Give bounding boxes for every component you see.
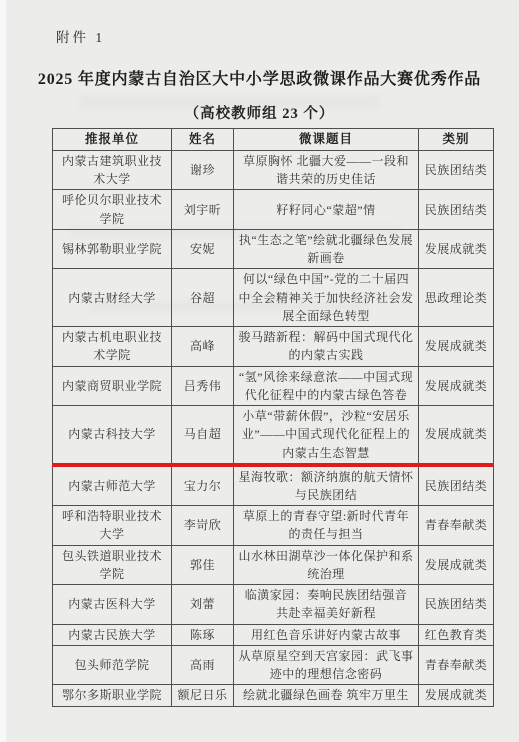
- cell-name: 李岢欣: [172, 506, 234, 545]
- cell-unit: 内蒙商贸职业学院: [53, 366, 172, 405]
- cell-category: 发展成就类: [419, 327, 494, 366]
- cell-unit: 内蒙古机电职业技术学院: [53, 327, 172, 366]
- cell-title: 执“生态之笔”绘就北疆绿色发展新画卷: [234, 229, 419, 268]
- cell-name: 马自超: [172, 406, 234, 465]
- cell-name: 吕秀伟: [172, 366, 234, 405]
- table-row: 内蒙古财经大学谷超何以“绿色中国”-党的二十届四中全会精神关于加快经济社会发展全…: [53, 269, 494, 327]
- table-row: 包头师范学院高雨从草原星空到天宫家园：武飞事迹中的理想信念密码青春奉献类: [53, 645, 494, 684]
- cell-unit: 内蒙古师范大学: [53, 465, 172, 506]
- cell-category: 民族团结类: [419, 190, 494, 229]
- cell-category: 发展成就类: [419, 545, 494, 584]
- cell-unit: 内蒙古财经大学: [53, 269, 172, 327]
- table-body: 内蒙古建筑职业技术大学谢珍草原胸怀 北疆大爱——一段和谐共荣的历史佳话民族团结类…: [53, 151, 494, 707]
- table-row: 内蒙古师范大学宝力尔星海牧歌：额济纳旗的航天情怀与民族团结民族团结类: [53, 465, 494, 506]
- cell-unit: 锡林郭勒职业学院: [53, 229, 172, 268]
- cell-title: 临潢家园：奏响民族团结强音 共赴幸福美好新程: [234, 585, 419, 624]
- cell-name: 高雨: [172, 645, 234, 684]
- table-header: 推报单位 姓名 微课题目 类别: [53, 129, 494, 151]
- cell-title: 星海牧歌：额济纳旗的航天情怀与民族团结: [234, 465, 419, 506]
- cell-title: 小草“带薪休假”，沙粒“安居乐业”——中国式现代化征程上的内蒙古生态智慧: [234, 406, 419, 465]
- cell-title: 骏马踏新程：解码中国式现代化的内蒙古实践: [234, 327, 419, 366]
- cell-title: 草原胸怀 北疆大爱——一段和谐共荣的历史佳话: [234, 151, 419, 190]
- cell-name: 谢珍: [172, 151, 234, 190]
- cell-category: 青春奉献类: [419, 506, 494, 545]
- attachment-label: 附件 1: [56, 26, 105, 46]
- table-row: 内蒙古医科大学刘蕾临潢家园：奏响民族团结强音 共赴幸福美好新程民族团结类: [53, 585, 494, 624]
- cell-category: 发展成就类: [419, 229, 494, 268]
- cell-unit: 包头师范学院: [53, 645, 172, 684]
- document-title: 2025 年度内蒙古自治区大中小学思政微课作品大赛优秀作品: [0, 66, 519, 89]
- cell-category: 发展成就类: [419, 366, 494, 405]
- cell-category: 红色教育类: [419, 624, 494, 645]
- cell-category: 民族团结类: [419, 465, 494, 506]
- table-row: 呼和浩特职业技术大学李岢欣草原上的青春守望:新时代青年的责任与担当青春奉献类: [53, 506, 494, 545]
- scanned-document-page: 附件 1 2025 年度内蒙古自治区大中小学思政微课作品大赛优秀作品 （高校教师…: [0, 0, 519, 742]
- cell-name: 刘宇昕: [172, 190, 234, 229]
- cell-title: 从草原星空到天宫家园：武飞事迹中的理想信念密码: [234, 645, 419, 684]
- cell-name: 安妮: [172, 229, 234, 268]
- cell-unit: 呼伦贝尔职业技术学院: [53, 190, 172, 229]
- cell-unit: 内蒙古民族大学: [53, 624, 172, 645]
- cell-name: 高峰: [172, 327, 234, 366]
- award-table: 推报单位 姓名 微课题目 类别 内蒙古建筑职业技术大学谢珍草原胸怀 北疆大爱——…: [52, 128, 494, 707]
- cell-category: 民族团结类: [419, 585, 494, 624]
- column-header-title: 微课题目: [234, 129, 419, 151]
- cell-title: 山水林田湖草沙一体化保护和系统治理: [234, 545, 419, 584]
- cell-title: 草原上的青春守望:新时代青年的责任与担当: [234, 506, 419, 545]
- column-header-unit: 推报单位: [53, 129, 172, 151]
- cell-category: 思政理论类: [419, 269, 494, 327]
- cell-title: 绘就北疆绿色画卷 筑牢万里生: [234, 685, 419, 706]
- document-subtitle: （高校教师组 23 个）: [0, 102, 519, 123]
- column-header-category: 类别: [419, 129, 494, 151]
- cell-category: 青春奉献类: [419, 645, 494, 684]
- cell-name: 刘蕾: [172, 585, 234, 624]
- cell-unit: 内蒙古医科大学: [53, 585, 172, 624]
- cell-category: 民族团结类: [419, 151, 494, 190]
- cell-unit: 呼和浩特职业技术大学: [53, 506, 172, 545]
- cell-title: 何以“绿色中国”-党的二十届四中全会精神关于加快经济社会发展全面绿色转型: [234, 269, 419, 327]
- table-row: 内蒙古机电职业技术学院高峰骏马踏新程：解码中国式现代化的内蒙古实践发展成就类: [53, 327, 494, 366]
- cell-unit: 包头铁道职业技术学院: [53, 545, 172, 584]
- cell-category: 发展成就类: [419, 685, 494, 706]
- cell-title: 用红色音乐讲好内蒙古故事: [234, 624, 419, 645]
- cell-unit: 内蒙古建筑职业技术大学: [53, 151, 172, 190]
- cell-unit: 内蒙古科技大学: [53, 406, 172, 465]
- table-row: 鄂尔多斯职业学院额尼日乐绘就北疆绿色画卷 筑牢万里生发展成就类: [53, 685, 494, 706]
- cell-title: 籽籽同心“蒙超”情: [234, 190, 419, 229]
- table-row: 锡林郭勒职业学院安妮执“生态之笔”绘就北疆绿色发展新画卷发展成就类: [53, 229, 494, 268]
- table-row: 内蒙古科技大学马自超小草“带薪休假”，沙粒“安居乐业”——中国式现代化征程上的内…: [53, 406, 494, 465]
- table-row: 内蒙古民族大学陈琢用红色音乐讲好内蒙古故事红色教育类: [53, 624, 494, 645]
- cell-name: 宝力尔: [172, 465, 234, 506]
- table-row: 内蒙古建筑职业技术大学谢珍草原胸怀 北疆大爱——一段和谐共荣的历史佳话民族团结类: [53, 151, 494, 190]
- table-row: 包头铁道职业技术学院郭佳山水林田湖草沙一体化保护和系统治理发展成就类: [53, 545, 494, 584]
- table-row: 内蒙商贸职业学院吕秀伟“氢”风徐来绿意浓——中国式现代化征程中的内蒙古绿色答卷发…: [53, 366, 494, 405]
- cell-name: 谷超: [172, 269, 234, 327]
- cell-title: “氢”风徐来绿意浓——中国式现代化征程中的内蒙古绿色答卷: [234, 366, 419, 405]
- cell-name: 陈琢: [172, 624, 234, 645]
- table-row: 呼伦贝尔职业技术学院刘宇昕籽籽同心“蒙超”情民族团结类: [53, 190, 494, 229]
- column-header-name: 姓名: [172, 129, 234, 151]
- header-row: 推报单位 姓名 微课题目 类别: [53, 129, 494, 151]
- cell-category: 发展成就类: [419, 406, 494, 465]
- cell-unit: 鄂尔多斯职业学院: [53, 685, 172, 706]
- cell-name: 郭佳: [172, 545, 234, 584]
- cell-name: 额尼日乐: [172, 685, 234, 706]
